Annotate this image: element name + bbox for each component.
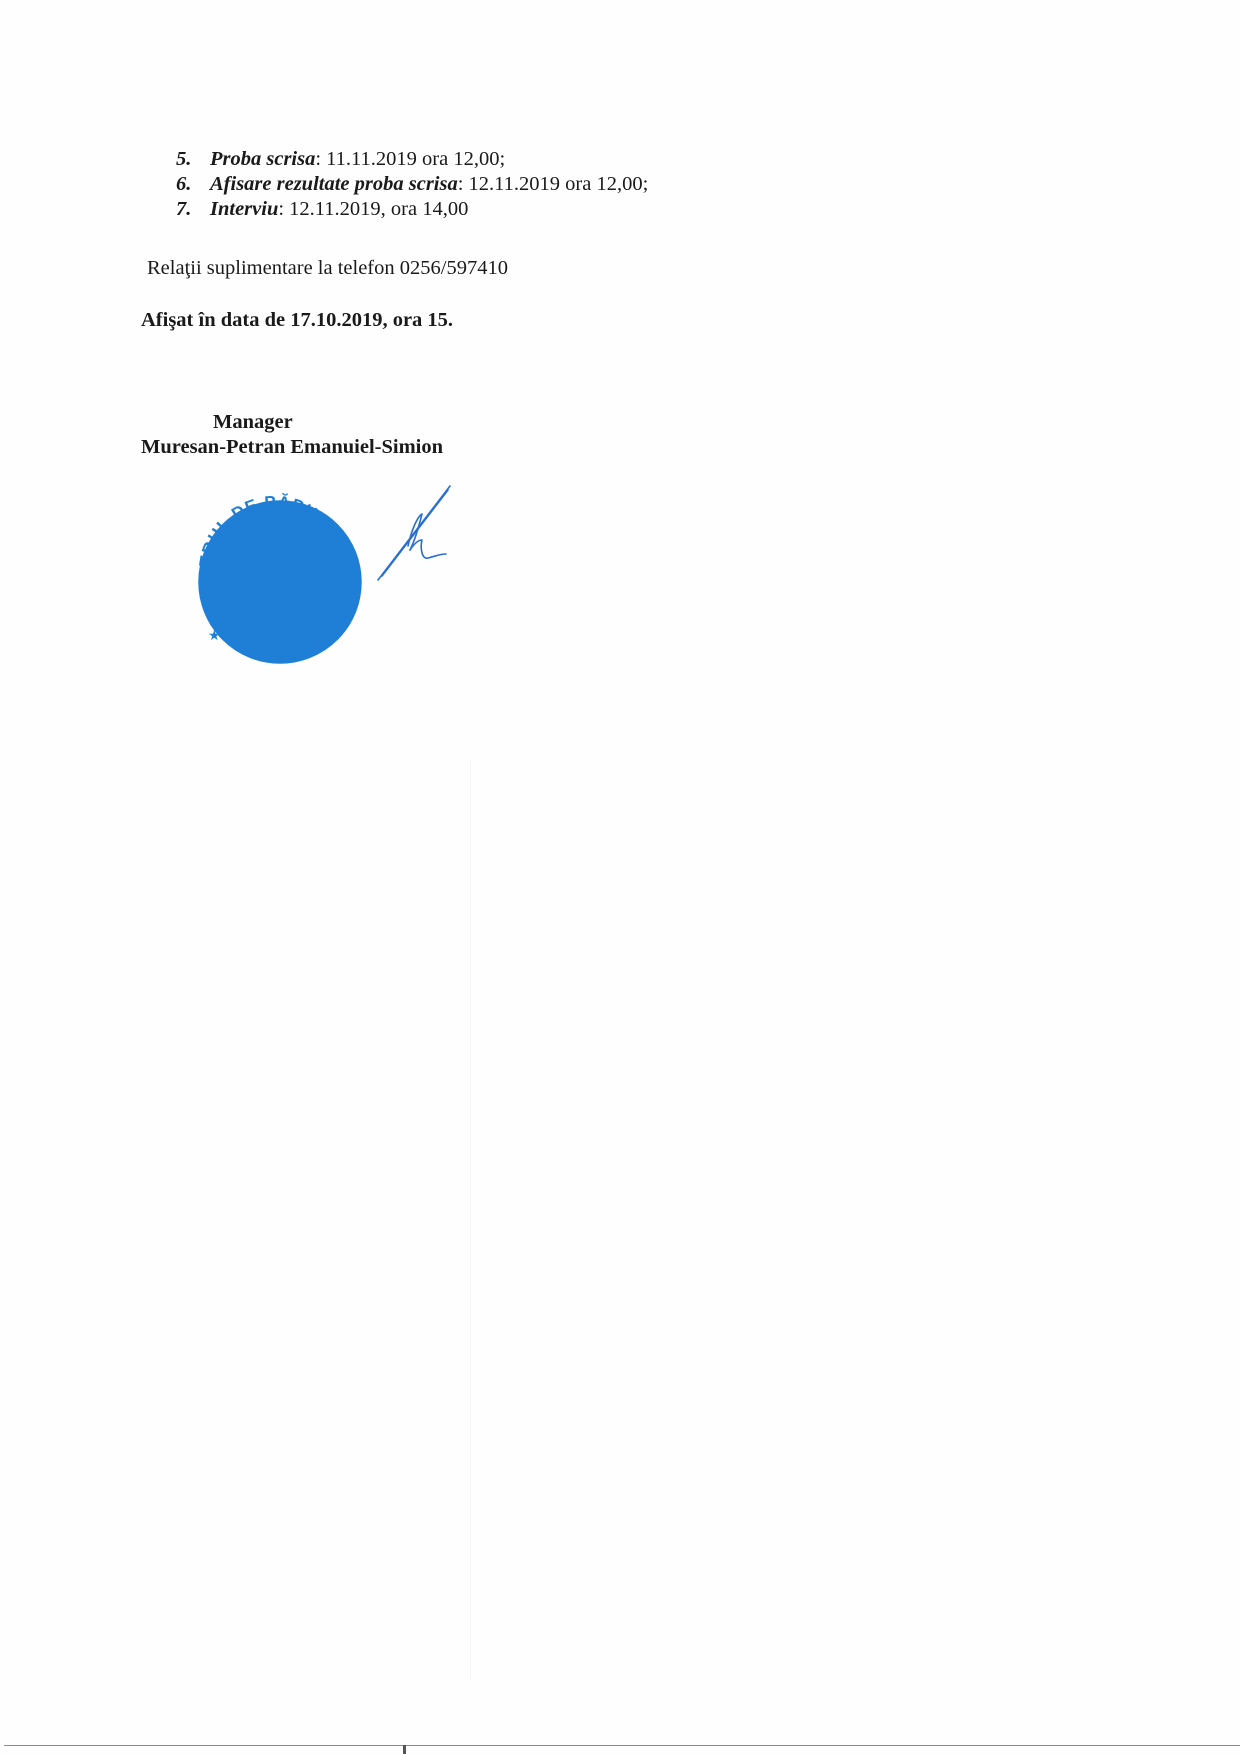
posted-date-line: Afişat în data de 17.10.2019, ora 15. — [141, 309, 453, 332]
contact-line: Relaţii suplimentare la telefon 0256/597… — [147, 257, 508, 280]
footer-rule — [4, 1745, 1240, 1746]
schedule-item: 5. Proba scrisa: 11.11.2019 ora 12,00; — [176, 147, 648, 172]
schedule-list: 5. Proba scrisa: 11.11.2019 ora 12,00; 6… — [176, 147, 648, 222]
item-label: Proba scrisa — [210, 148, 315, 170]
item-detail: : 11.11.2019 ora 12,00; — [315, 148, 505, 170]
item-label: Afisare rezultate proba scrisa — [210, 173, 458, 195]
item-number: 6. — [176, 172, 210, 197]
svg-text:★: ★ — [208, 627, 221, 643]
item-detail: : 12.11.2019, ora 14,00 — [278, 198, 468, 220]
scan-artifact — [470, 760, 471, 1680]
item-label: Interviu — [210, 198, 278, 220]
signature-icon — [360, 470, 460, 590]
document-page: 5. Proba scrisa: 11.11.2019 ora 12,00; 6… — [0, 0, 1240, 1754]
item-number: 7. — [176, 197, 210, 222]
schedule-item: 7. Interviu: 12.11.2019, ora 14,00 — [176, 197, 648, 222]
footer-tick — [403, 1745, 406, 1754]
signatory-name: Muresan-Petran Emanuiel-Simion — [141, 436, 443, 459]
item-detail: : 12.11.2019 ora 12,00; — [458, 173, 649, 195]
signatory-title: Manager — [213, 411, 293, 434]
schedule-item: 6. Afisare rezultate proba scrisa: 12.11… — [176, 172, 648, 197]
official-stamp-icon: TEATRUL DE PĂPUŞI CONSILIUL JUD. CLUJ ★ … — [190, 490, 370, 670]
item-number: 5. — [176, 147, 210, 172]
